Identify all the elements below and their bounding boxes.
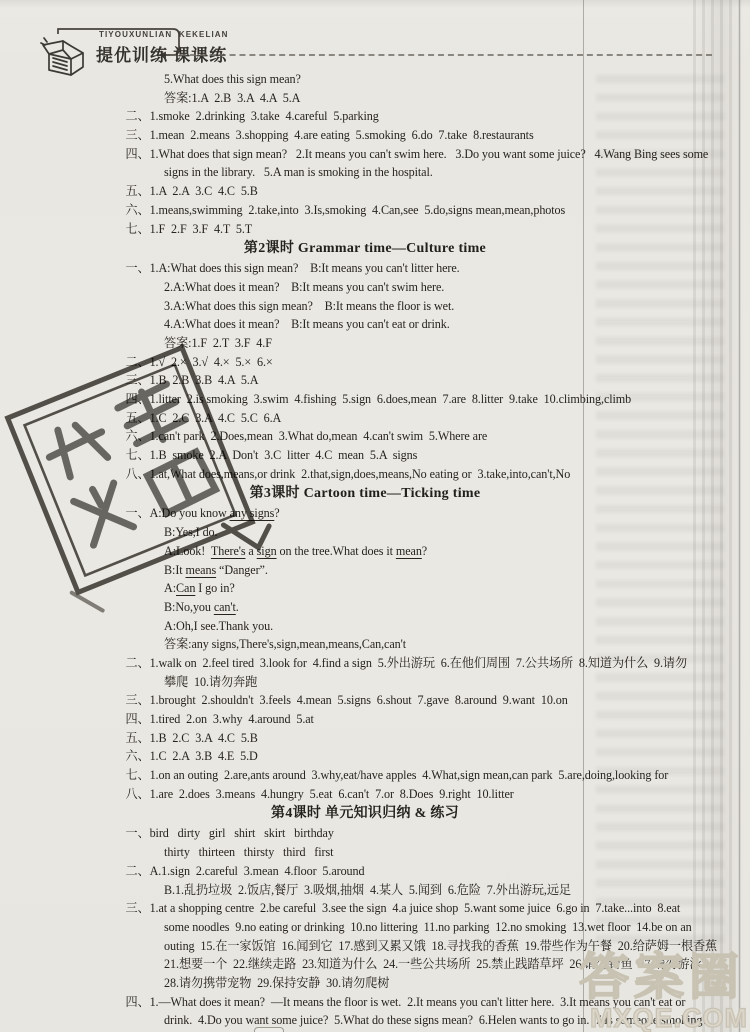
- answer-line: 八、1.are 2.does 3.means 4.hungry 5.eat 6.…: [0, 785, 724, 804]
- approval-stamp-icon: [0, 342, 280, 617]
- scanned-page: TIYOUXUNLIAN KEKELIAN 提优训练 课课练 5.What do…: [0, 0, 750, 1032]
- answer-line: 答案:any signs,There's,sign,mean,means,Can…: [0, 635, 724, 654]
- answer-line: 答案:1.A 2.B 3.A 4.A 5.A: [0, 89, 724, 108]
- lesson-title: 第2课时 Grammar time—Culture time: [0, 238, 730, 259]
- answer-line: 4.A:What does it mean? B:It means you ca…: [0, 315, 724, 334]
- answer-line: 攀爬 10.请勿奔跑: [0, 673, 724, 692]
- answer-line: 二、1.walk on 2.feel tired 3.look for 4.fi…: [0, 654, 724, 673]
- answer-line: some noodles 9.no eating or drinking 10.…: [0, 918, 724, 937]
- answer-line: 五、1.A 2.A 3.C 4.C 5.B: [0, 182, 724, 201]
- answer-line: 四、1.What does that sign mean? 2.It means…: [0, 145, 724, 164]
- watermark-text: 答案圈: [520, 952, 750, 1002]
- answer-line: 二、A.1.sign 2.careful 3.mean 4.floor 5.ar…: [0, 862, 724, 881]
- answer-line: A:Oh,I see.Thank you.: [0, 617, 724, 636]
- answer-line: 五、1.B 2.C 3.A 4.C 5.B: [0, 729, 724, 748]
- answer-line: thirty thirteen thirsty third first: [0, 843, 724, 862]
- watermark: 答案圈 MXQE.COM: [520, 952, 750, 1032]
- answer-line: 一、1.A:What does this sign mean? B:It mea…: [0, 259, 724, 278]
- answer-line: 三、1.mean 2.means 3.shopping 4.are eating…: [0, 126, 724, 145]
- answer-line: 一、bird dirty girl shirt skirt birthday: [0, 824, 724, 843]
- lesson-title: 第4课时 单元知识归纳 & 练习: [0, 803, 730, 824]
- watermark-site: MXQE.COM: [520, 1005, 750, 1032]
- answer-line: B.1.乱扔垃圾 2.饭店,餐厅 3.吸烟,抽烟 4.某人 5.闻到 6.危险 …: [0, 881, 724, 900]
- answer-line: 5.What does this sign mean?: [0, 70, 724, 89]
- page-number-mark: [254, 1027, 284, 1032]
- answer-line: 3.A:What does this sign mean? B:It means…: [0, 297, 724, 316]
- answer-line: 六、1.means,swimming 2.take,into 3.Is,smok…: [0, 201, 724, 220]
- answer-line: 七、1.on an outing 2.are,ants around 3.why…: [0, 766, 724, 785]
- answer-line: signs in the library. 5.A man is smoking…: [0, 163, 724, 182]
- answer-line: 六、1.C 2.A 3.B 4.E 5.D: [0, 747, 724, 766]
- answer-line: 三、1.brought 2.shouldn't 3.feels 4.mean 5…: [0, 691, 724, 710]
- answer-line: 二、1.smoke 2.drinking 3.take 4.careful 5.…: [0, 107, 724, 126]
- answer-line: 七、1.F 2.F 3.F 4.T 5.T: [0, 220, 724, 239]
- answer-line: 三、1.at a shopping centre 2.be careful 3.…: [0, 899, 724, 918]
- header-dashed-line: [170, 54, 712, 56]
- brand-pinyin: TIYOUXUNLIAN KEKELIAN: [99, 30, 229, 39]
- answer-line: 2.A:What does it mean? B:It means you ca…: [0, 278, 724, 297]
- answer-line: 四、1.tired 2.on 3.why 4.around 5.at: [0, 710, 724, 729]
